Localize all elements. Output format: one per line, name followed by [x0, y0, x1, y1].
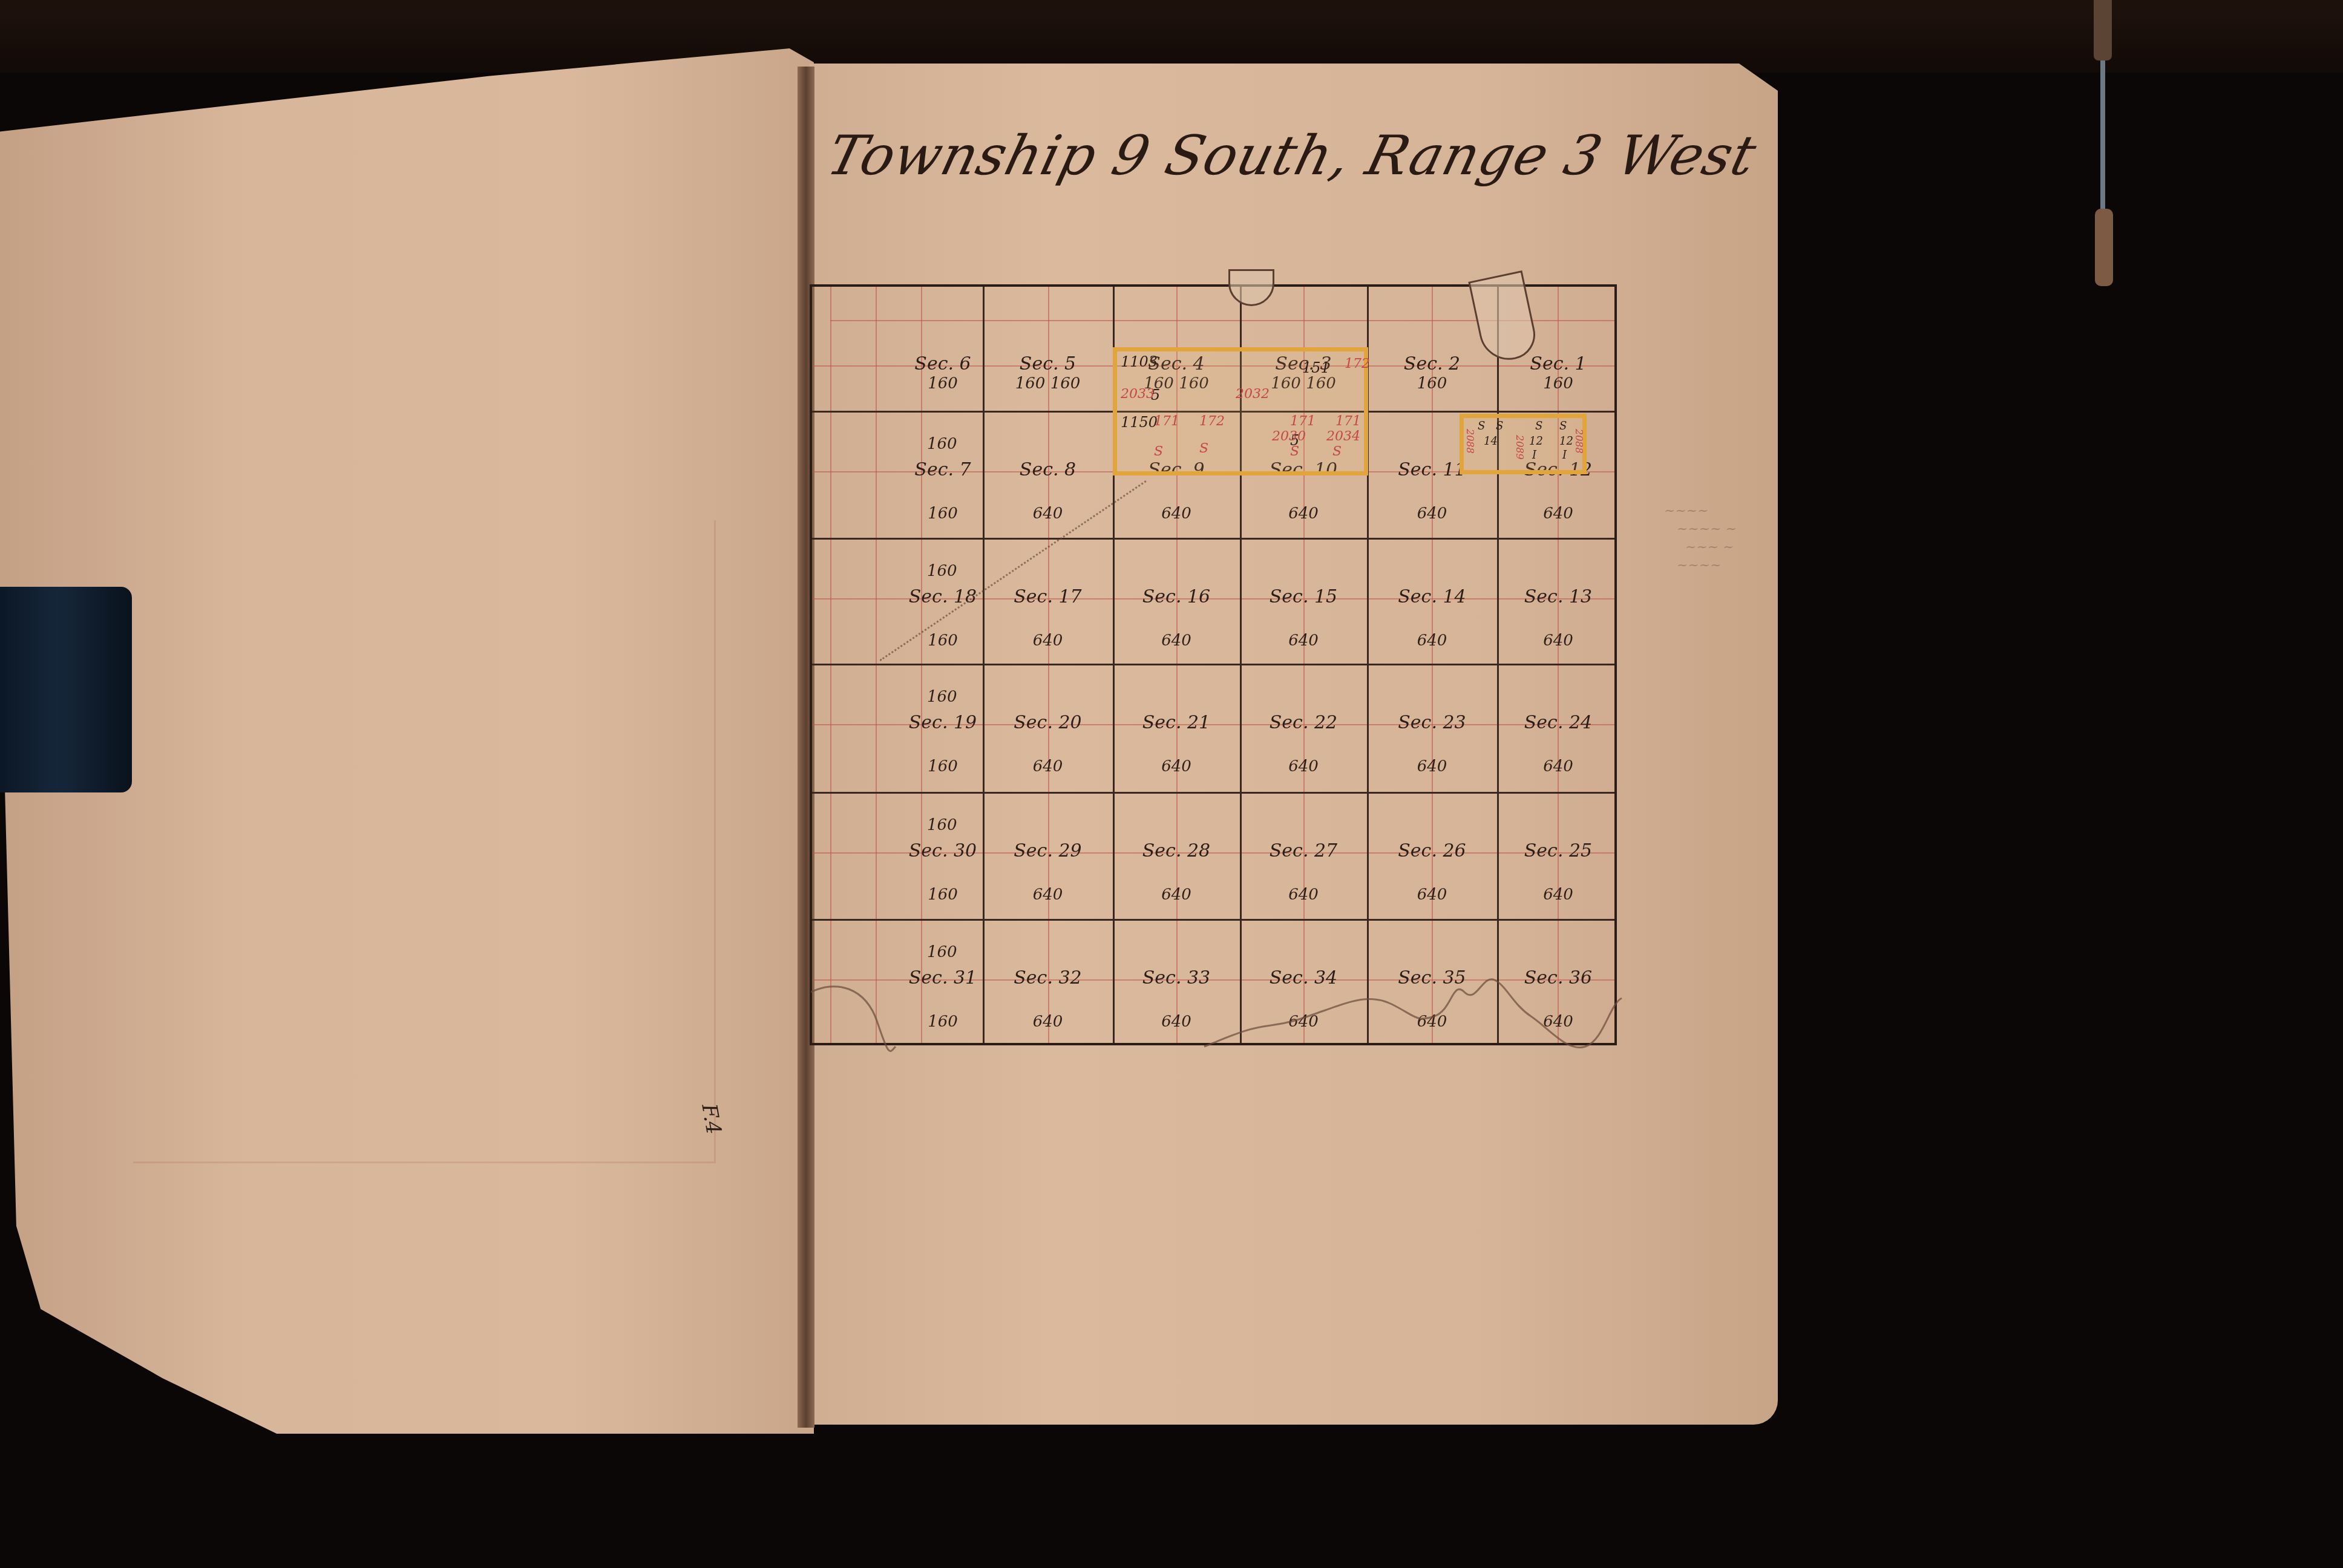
fractional-lot-acreage: 160 [927, 943, 957, 961]
tool-handle [2094, 0, 2112, 60]
section-label: Sec. 17 [983, 586, 1113, 607]
section-label: Sec. 26 [1367, 840, 1497, 861]
section-acreage: 640 [983, 886, 1113, 904]
section-acreage: 640 [1113, 886, 1240, 904]
section-acreage: 640 [983, 505, 1113, 523]
section-acreage: 640 [1367, 632, 1497, 650]
spatula-tool [2094, 0, 2112, 442]
annotation-red: S [1199, 441, 1208, 456]
section-acreage: 160 [903, 757, 983, 776]
section-acreage: 160 160 [983, 374, 1113, 393]
section-acreage: 640 [1240, 505, 1367, 523]
section-acreage: 640 [1497, 886, 1619, 904]
section-cell: Sec. 30160 [903, 840, 983, 904]
section-acreage: 160 [903, 374, 983, 393]
section-cell: Sec. 19160 [903, 712, 983, 776]
binder-clip [0, 587, 132, 792]
section-label: Sec. 23 [1367, 712, 1497, 733]
river-icon [811, 968, 1634, 1053]
section-acreage: 160 [1497, 374, 1619, 393]
section-label: Sec. 24 [1497, 712, 1619, 733]
annotation-black: S [1496, 420, 1503, 433]
annotation-red: S [1290, 444, 1299, 459]
annotation-red: S [1154, 444, 1163, 459]
section-acreage: 640 [1113, 632, 1240, 650]
section-cell: Sec. 16640 [1113, 586, 1240, 650]
section-label: Sec. 19 [903, 712, 983, 733]
township-grid: Sec. 6160Sec. 5160 160Sec. 4160 160Sec. … [810, 284, 1617, 1045]
annotation-red: 2089 [1514, 435, 1525, 460]
section-label: Sec. 28 [1113, 840, 1240, 861]
section-label: Sec. 6 [903, 353, 983, 374]
section-acreage: 640 [1497, 757, 1619, 776]
annotation-red: 2032 [1236, 387, 1270, 402]
section-cell: Sec. 27640 [1240, 840, 1367, 904]
section-cell: Sec. 14640 [1367, 586, 1497, 650]
annotation-black: I [1562, 449, 1567, 462]
section-acreage: 160 [903, 886, 983, 904]
section-acreage: 640 [1367, 505, 1497, 523]
section-acreage: 640 [1113, 757, 1240, 776]
section-cell: Sec. 26640 [1367, 840, 1497, 904]
annotation-black: 14 [1484, 435, 1498, 448]
section-acreage: 640 [1240, 886, 1367, 904]
section-line-horizontal [812, 919, 1614, 921]
section-cell: Sec. 7160 [903, 459, 983, 523]
section-label: Sec. 29 [983, 840, 1113, 861]
annotation-black: S [1559, 420, 1567, 433]
section-line-horizontal [812, 538, 1614, 540]
fractional-lot-acreage: 160 [927, 816, 957, 834]
section-label: Sec. 8 [983, 459, 1113, 480]
section-label: Sec. 25 [1497, 840, 1619, 861]
section-cell: Sec. 24640 [1497, 712, 1619, 776]
section-label: Sec. 22 [1240, 712, 1367, 733]
section-acreage: 640 [1367, 886, 1497, 904]
section-acreage: 640 [1240, 757, 1367, 776]
section-acreage: 640 [1240, 632, 1367, 650]
section-cell: Sec. 17640 [983, 586, 1113, 650]
annotation-black: S [1535, 420, 1542, 433]
annotation-red: 2033 [1121, 387, 1155, 402]
section-cell: Sec. 5160 160 [983, 353, 1113, 393]
section-cell: Sec. 28640 [1113, 840, 1240, 904]
annotation-black: 1150 [1121, 414, 1158, 431]
section-cell: Sec. 22640 [1240, 712, 1367, 776]
section-acreage: 640 [983, 632, 1113, 650]
annotation-red: 2034 [1326, 429, 1360, 444]
margin-note: ~~~~ ~~~~ ~ ~~~ ~ ~~~~ [1664, 502, 1737, 575]
section-cell: Sec. 29640 [983, 840, 1113, 904]
section-label: Sec. 27 [1240, 840, 1367, 861]
section-cell: Sec. 8640 [983, 459, 1113, 523]
annotation-black: S [1478, 420, 1485, 433]
annotation-red: S [1332, 444, 1342, 459]
annotation-red: 171 [1154, 414, 1179, 429]
section-cell: Sec. 6160 [903, 353, 983, 393]
annotation-red: 171 [1335, 414, 1361, 429]
annotation-red: 171 [1290, 414, 1316, 429]
annotation-red: 2030 [1272, 429, 1306, 444]
section-label: Sec. 15 [1240, 586, 1367, 607]
section-acreage: 640 [983, 757, 1113, 776]
annotation-black: 1103 [1121, 353, 1158, 370]
fractional-lot-acreage: 160 [927, 688, 957, 706]
tool-tip [2095, 209, 2113, 286]
section-cell: Sec. 25640 [1497, 840, 1619, 904]
section-cell: Sec. 20640 [983, 712, 1113, 776]
backdrop [0, 0, 2343, 73]
section-label: Sec. 7 [903, 459, 983, 480]
section-label: Sec. 21 [1113, 712, 1240, 733]
section-cell: Sec. 13640 [1497, 586, 1619, 650]
section-acreage: 640 [1497, 505, 1619, 523]
section-label: Sec. 13 [1497, 586, 1619, 607]
left-page-note: F.4 [696, 1102, 726, 1137]
section-acreage: 640 [1367, 757, 1497, 776]
section-line-horizontal [812, 664, 1614, 665]
section-cell: Sec. 21640 [1113, 712, 1240, 776]
section-line-horizontal [812, 792, 1614, 794]
section-cell: Sec. 15640 [1240, 586, 1367, 650]
section-cell: Sec. 23640 [1367, 712, 1497, 776]
annotation-black: 151 [1302, 359, 1330, 376]
section-label: Sec. 14 [1367, 586, 1497, 607]
annotation-red: 172 [1199, 414, 1225, 429]
section-label: Sec. 5 [983, 353, 1113, 374]
section-label: Sec. 2 [1367, 353, 1497, 374]
section-label: Sec. 16 [1113, 586, 1240, 607]
section-acreage: 640 [1113, 505, 1240, 523]
section-acreage: 640 [1497, 632, 1619, 650]
annotation-red: 2088 [1573, 429, 1585, 454]
section-label: Sec. 18 [903, 586, 983, 607]
fractional-lot-acreage: 160 [927, 562, 957, 580]
section-acreage: 160 [1367, 374, 1497, 393]
annotation-black: 12 [1529, 435, 1543, 448]
section-acreage: 160 [903, 632, 983, 650]
section-acreage: 160 [903, 505, 983, 523]
annotation-black: I [1532, 449, 1536, 462]
tool-shaft [2100, 60, 2105, 212]
section-label: Sec. 20 [983, 712, 1113, 733]
section-cell: Sec. 1160 [1497, 353, 1619, 393]
fractional-lot-acreage: 160 [927, 435, 957, 453]
annotation-black: 12 [1559, 435, 1573, 448]
section-cell: Sec. 2160 [1367, 353, 1497, 393]
section-label: Sec. 30 [903, 840, 983, 861]
annotation-red: 2088 [1464, 429, 1476, 454]
page-title: Township 9 South, Range 3 West [821, 124, 1684, 188]
annotation-red: 172 [1345, 356, 1370, 371]
